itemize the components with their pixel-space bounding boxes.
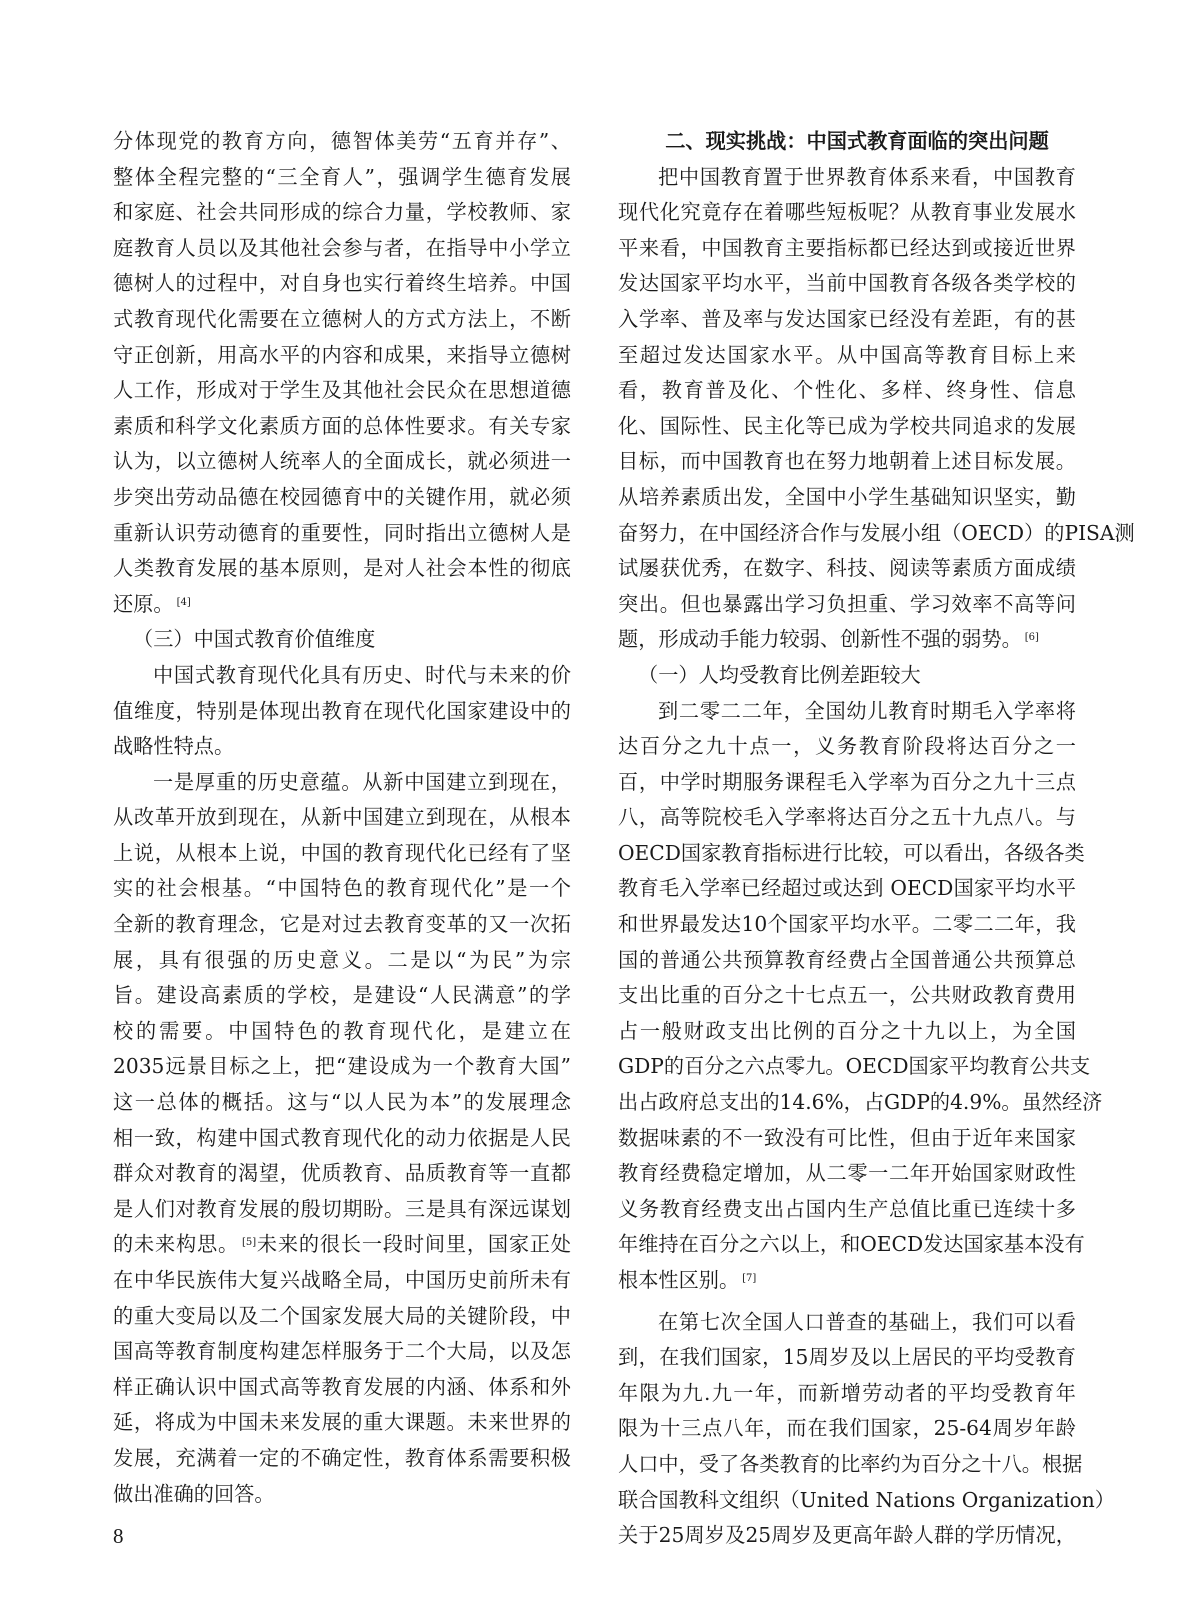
text-line: 分体现党的教育方向，德智体美劳“五育并存”、 — [113, 124, 571, 160]
text-line: 延，将成为中国未来发展的重大课题。未来世界的 — [113, 1405, 571, 1441]
text-fragment: 题，形成动手能力较弱、创新性不强的弱势。 — [618, 627, 1022, 651]
text-line: 实的社会根基。“中国特色的教育现代化”是一个 — [113, 871, 571, 907]
text-line: 发展，充满着一定的不确定性，教育体系需要积极 — [113, 1441, 571, 1477]
text-line: 战略性特点。 — [113, 729, 571, 765]
text-line: 式教育现代化需要在立德树人的方式方法上，不断 — [113, 302, 571, 338]
text-line: 样正确认识中国式高等教育发展的内涵、体系和外 — [113, 1370, 571, 1406]
text-line: 展，具有很强的历史意义。二是以“为民”为宗 — [113, 943, 571, 979]
text-line: 根本性区别。[7] — [618, 1263, 1076, 1299]
citation-ref-6[interactable]: [6] — [1025, 632, 1039, 643]
text-line: 百，中学时期服务课程毛入学率为百分之九十三点 — [618, 765, 1076, 801]
citation-ref-4[interactable]: [4] — [177, 597, 191, 608]
text-line: 联合国教科文组织（United Nations Organization） — [618, 1483, 1076, 1519]
text-line: 占一般财政支出比例的百分之十九以上，为全国 — [618, 1014, 1076, 1050]
text-line: 在中华民族伟大复兴战略全局，中国历史前所未有 — [113, 1263, 571, 1299]
text-line: 素质和科学文化素质方面的总体性要求。有关专家 — [113, 409, 571, 445]
text-line: 试屡获优秀，在数字、科技、阅读等素质方面成绩 — [618, 551, 1076, 587]
paragraph-value-dimension: 中国式教育现代化具有历史、时代与未来的价 值维度，特别是体现出教育在现代化国家建… — [113, 658, 571, 765]
citation-ref-5[interactable]: [5] — [242, 1237, 256, 1248]
paragraph-enrollment-2022: 到二零二二年，全国幼儿教育时期毛入学率将 达百分之九十点一，义务教育阶段将达百分… — [618, 694, 1076, 1299]
text-line: 教育经费稳定增加，从二零一二年开始国家财政性 — [618, 1156, 1076, 1192]
text-line: 限为十三点八年，而在我们国家，25-64周岁年龄 — [618, 1411, 1076, 1447]
text-line: 德树人的过程中，对自身也实行着终生培养。中国 — [113, 266, 571, 302]
text-line: 至超过发达国家水平。从中国高等教育目标上来 — [618, 338, 1076, 374]
paragraph-intro: 把中国教育置于世界教育体系来看，中国教育 现代化究竟存在着哪些短板呢？从教育事业… — [618, 160, 1076, 658]
text-line: 八，高等院校毛入学率将达百分之五十九点八。与 — [618, 800, 1076, 836]
text-line: 相一致，构建中国式教育现代化的动力依据是人民 — [113, 1121, 571, 1157]
text-line: 从改革开放到现在，从新中国建立到现在，从根本 — [113, 800, 571, 836]
text-line: 奋努力，在中国经济合作与发展小组（OECD）的PISA测 — [618, 516, 1076, 552]
text-line: 现代化究竟存在着哪些短板呢？从教育事业发展水 — [618, 195, 1076, 231]
text-line: 支出比重的百分之十七点五一，公共财政教育费用 — [618, 978, 1076, 1014]
text-line: 认为，以立德树人统率人的全面成长，就必须进一 — [113, 444, 571, 480]
text-line: 达百分之九十点一，义务教育阶段将达百分之一 — [618, 729, 1076, 765]
text-line: 步突出劳动品德在校园德育中的关键作用，就必须 — [113, 480, 571, 516]
text-line: OECD国家教育指标进行比较，可以看出，各级各类 — [618, 836, 1076, 872]
text-line: 这一总体的概括。这与“以人民为本”的发展理念 — [113, 1085, 571, 1121]
text-fragment: 还原。 — [113, 592, 174, 616]
document-page: 分体现党的教育方向，德智体美劳“五育并存”、 整体全程完整的“三全育人”，强调学… — [0, 0, 1191, 1616]
text-line: 目标，而中国教育也在努力地朝着上述目标发展。 — [618, 444, 1076, 480]
text-line: 人类教育发展的基本原则，是对人社会本性的彻底 — [113, 551, 571, 587]
text-line: 的重大变局以及二个国家发展大局的关键阶段，中 — [113, 1299, 571, 1335]
text-line: 义务教育经费支出占国内生产总值比重已连续十多 — [618, 1192, 1076, 1228]
text-line: 还原。[4] — [113, 587, 571, 623]
text-line: 的未来构思。[5]未来的很长一段时间里，国家正处 — [113, 1227, 571, 1263]
text-line: 全新的教育理念，它是对过去教育变革的又一次拓 — [113, 907, 571, 943]
text-line: 人工作，形成对于学生及其他社会民众在思想道德 — [113, 373, 571, 409]
text-line: 题，形成动手能力较弱、创新性不强的弱势。[6] — [618, 622, 1076, 658]
text-line: 看，教育普及化、个性化、多样、终身性、信息 — [618, 373, 1076, 409]
text-line: 旨。建设高素质的学校，是建设“人民满意”的学 — [113, 978, 571, 1014]
right-column: 二、现实挑战：中国式教育面临的突出问题 把中国教育置于世界教育体系来看，中国教育… — [618, 124, 1076, 1554]
text-line: 突出。但也暴露出学习负担重、学习效率不高等问 — [618, 587, 1076, 623]
text-line: 重新认识劳动德育的重要性，同时指出立德树人是 — [113, 516, 571, 552]
text-line: 在第七次全国人口普查的基础上，我们可以看 — [618, 1305, 1076, 1341]
text-line: 关于25周岁及25周岁及更高年龄人群的学历情况， — [618, 1518, 1076, 1554]
text-line: 平来看，中国教育主要指标都已经达到或接近世界 — [618, 231, 1076, 267]
text-line: 和世界最发达10个国家平均水平。二零二二年，我 — [618, 907, 1076, 943]
text-fragment: 的未来构思。 — [113, 1232, 239, 1256]
text-fragment: 未来的很长一段时间里，国家正处 — [256, 1232, 571, 1256]
paragraph-census: 在第七次全国人口普查的基础上，我们可以看 到，在我们国家，15周岁及以上居民的平… — [618, 1305, 1076, 1554]
text-line: 值维度，特别是体现出教育在现代化国家建设中的 — [113, 694, 571, 730]
text-line: 校的需要。中国特色的教育现代化，是建立在 — [113, 1014, 571, 1050]
paragraph-moral-education: 分体现党的教育方向，德智体美劳“五育并存”、 整体全程完整的“三全育人”，强调学… — [113, 124, 571, 622]
text-line: 一是厚重的历史意蕴。从新中国建立到现在， — [113, 765, 571, 801]
text-line: 教育毛入学率已经超过或达到 OECD国家平均水平 — [618, 871, 1076, 907]
subheading-value-dimension: （三）中国式教育价值维度 — [113, 622, 571, 658]
text-line: 群众对教育的渴望，优质教育、品质教育等一直都 — [113, 1156, 571, 1192]
text-line: 把中国教育置于世界教育体系来看，中国教育 — [618, 160, 1076, 196]
text-line: 国的普通公共预算教育经费占全国普通公共预算总 — [618, 943, 1076, 979]
citation-ref-7[interactable]: [7] — [742, 1273, 756, 1284]
subheading-education-gap: （一）人均受教育比例差距较大 — [618, 658, 1076, 694]
text-line: 上说，从根本上说，中国的教育现代化已经有了坚 — [113, 836, 571, 872]
page-number: 8 — [113, 1524, 124, 1549]
text-line: 入学率、普及率与发达国家已经没有差距，有的甚 — [618, 302, 1076, 338]
text-line: 庭教育人员以及其他社会参与者，在指导中小学立 — [113, 231, 571, 267]
text-line: 年限为九.九一年，而新增劳动者的平均受教育年 — [618, 1376, 1076, 1412]
text-line: 国高等教育制度构建怎样服务于二个大局，以及怎 — [113, 1334, 571, 1370]
left-column: 分体现党的教育方向，德智体美劳“五育并存”、 整体全程完整的“三全育人”，强调学… — [113, 124, 571, 1512]
paragraph-history: 一是厚重的历史意蕴。从新中国建立到现在， 从改革开放到现在，从新中国建立到现在，… — [113, 765, 571, 1512]
section-heading-challenges: 二、现实挑战：中国式教育面临的突出问题 — [618, 124, 1076, 160]
text-line: 和家庭、社会共同形成的综合力量，学校教师、家 — [113, 195, 571, 231]
text-line: 从培养素质出发，全国中小学生基础知识坚实，勤 — [618, 480, 1076, 516]
text-line: 是人们对教育发展的殷切期盼。三是具有深远谋划 — [113, 1192, 571, 1228]
text-line: 到，在我们国家，15周岁及以上居民的平均受教育 — [618, 1340, 1076, 1376]
text-line: 出占政府总支出的14.6%，占GDP的4.9%。虽然经济 — [618, 1085, 1076, 1121]
text-fragment: 根本性区别。 — [618, 1268, 739, 1292]
text-line: 中国式教育现代化具有历史、时代与未来的价 — [113, 658, 571, 694]
text-line: 数据味素的不一致没有可比性，但由于近年来国家 — [618, 1121, 1076, 1157]
text-line: 到二零二二年，全国幼儿教育时期毛入学率将 — [618, 694, 1076, 730]
text-line: 2035远景目标之上，把“建设成为一个教育大国” — [113, 1049, 571, 1085]
text-line: 发达国家平均水平，当前中国教育各级各类学校的 — [618, 266, 1076, 302]
text-line: 年维持在百分之六以上，和OECD发达国家基本没有 — [618, 1227, 1076, 1263]
text-line: 做出准确的回答。 — [113, 1477, 571, 1513]
text-line: 整体全程完整的“三全育人”，强调学生德育发展 — [113, 160, 571, 196]
text-line: 化、国际性、民主化等已成为学校共同追求的发展 — [618, 409, 1076, 445]
text-line: 守正创新，用高水平的内容和成果，来指导立德树 — [113, 338, 571, 374]
text-line: GDP的百分之六点零九。OECD国家平均教育公共支 — [618, 1049, 1076, 1085]
text-line: 人口中，受了各类教育的比率约为百分之十八。根据 — [618, 1447, 1076, 1483]
